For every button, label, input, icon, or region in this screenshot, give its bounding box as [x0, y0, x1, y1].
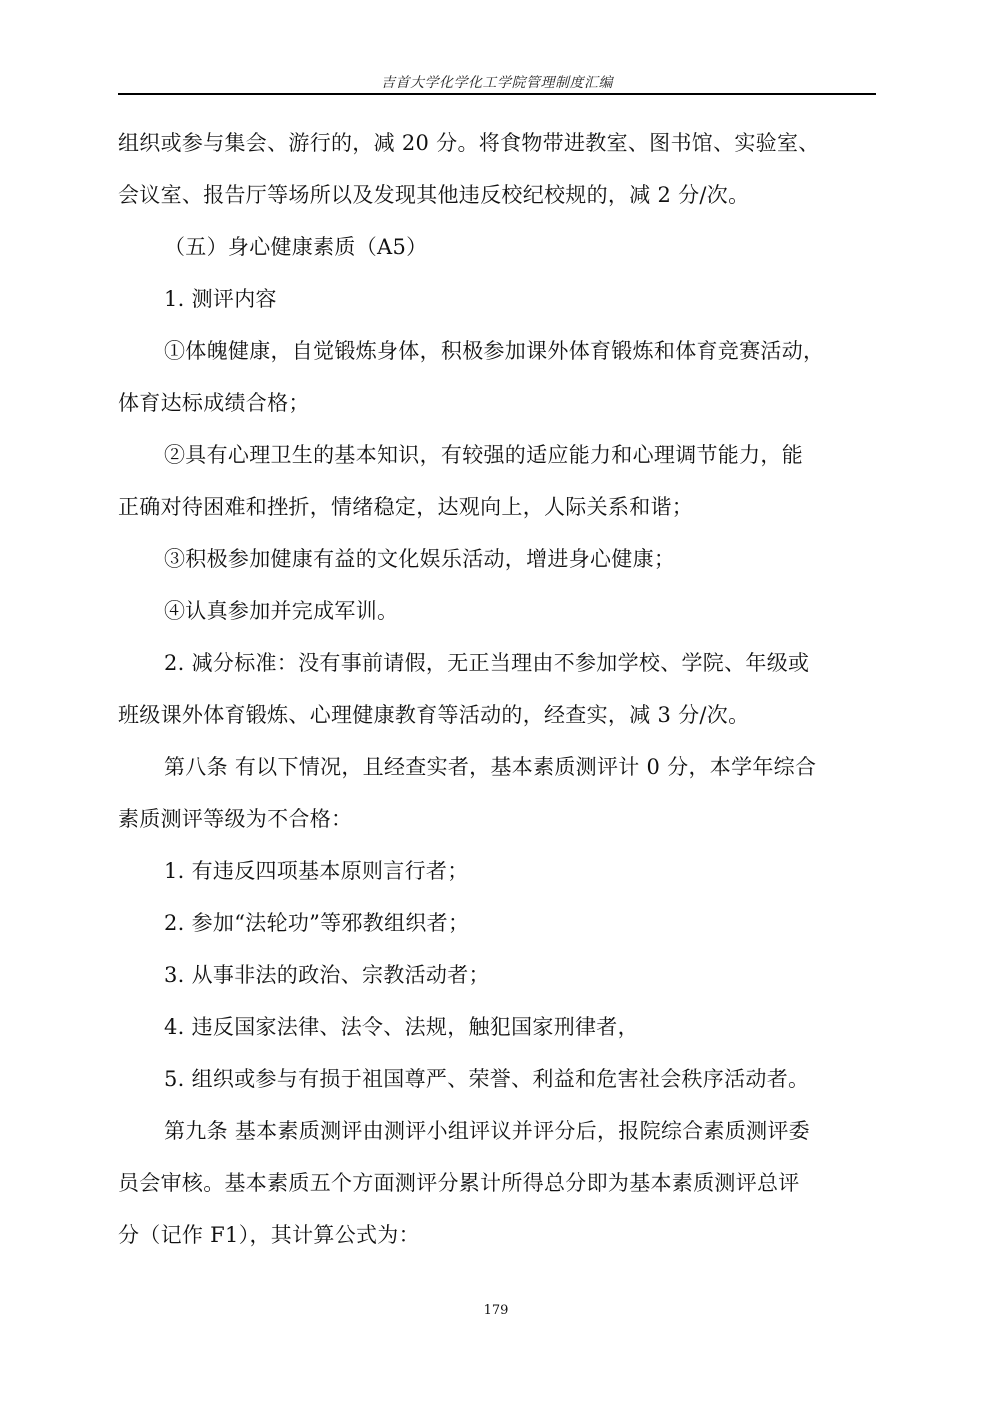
text-line: 4. 违反国家法律、法令、法规，触犯国家刑律者， — [164, 1014, 924, 1040]
running-header-title: 吉首大学化学化工学院管理制度汇编 — [118, 72, 876, 92]
text-line: 会议室、报告厅等场所以及发现其他违反校纪校规的，减 2 分/次。 — [118, 182, 878, 208]
page-number: 179 — [0, 1303, 992, 1318]
text-line: 第八条 有以下情况，且经查实者，基本素质测评计 0 分，本学年综合 — [164, 754, 924, 780]
text-line: 体育达标成绩合格； — [118, 390, 878, 416]
text-line: 员会审核。基本素质五个方面测评分累计所得总分即为基本素质测评总评 — [118, 1170, 878, 1196]
text-line: 正确对待困难和挫折，情绪稳定，达观向上，人际关系和谐； — [118, 494, 878, 520]
text-line: ①体魄健康，自觉锻炼身体，积极参加课外体育锻炼和体育竞赛活动， — [164, 338, 924, 364]
text-line: 组织或参与集会、游行的，减 20 分。将食物带进教室、图书馆、实验室、 — [118, 130, 878, 156]
text-line: 素质测评等级为不合格： — [118, 806, 878, 832]
header-rule — [118, 93, 876, 95]
text-line: 第九条 基本素质测评由测评小组评议并评分后，报院综合素质测评委 — [164, 1118, 924, 1144]
text-line: 3. 从事非法的政治、宗教活动者； — [164, 962, 924, 988]
text-line: 1. 有违反四项基本原则言行者； — [164, 858, 924, 884]
text-line: （五）身心健康素质（A5） — [164, 234, 924, 260]
text-line: 分（记作 F1），其计算公式为： — [118, 1222, 878, 1248]
text-line: 2. 参加“法轮功”等邪教组织者； — [164, 910, 924, 936]
text-line: ④认真参加并完成军训。 — [164, 598, 924, 624]
text-line: ③积极参加健康有益的文化娱乐活动，增进身心健康； — [164, 546, 924, 572]
text-line: 1. 测评内容 — [164, 286, 924, 312]
text-line: 5. 组织或参与有损于祖国尊严、荣誉、利益和危害社会秩序活动者。 — [164, 1066, 924, 1092]
text-line: ②具有心理卫生的基本知识，有较强的适应能力和心理调节能力，能 — [164, 442, 924, 468]
text-line: 班级课外体育锻炼、心理健康教育等活动的，经查实，减 3 分/次。 — [118, 702, 878, 728]
text-line: 2. 减分标准：没有事前请假，无正当理由不参加学校、学院、年级或 — [164, 650, 924, 676]
